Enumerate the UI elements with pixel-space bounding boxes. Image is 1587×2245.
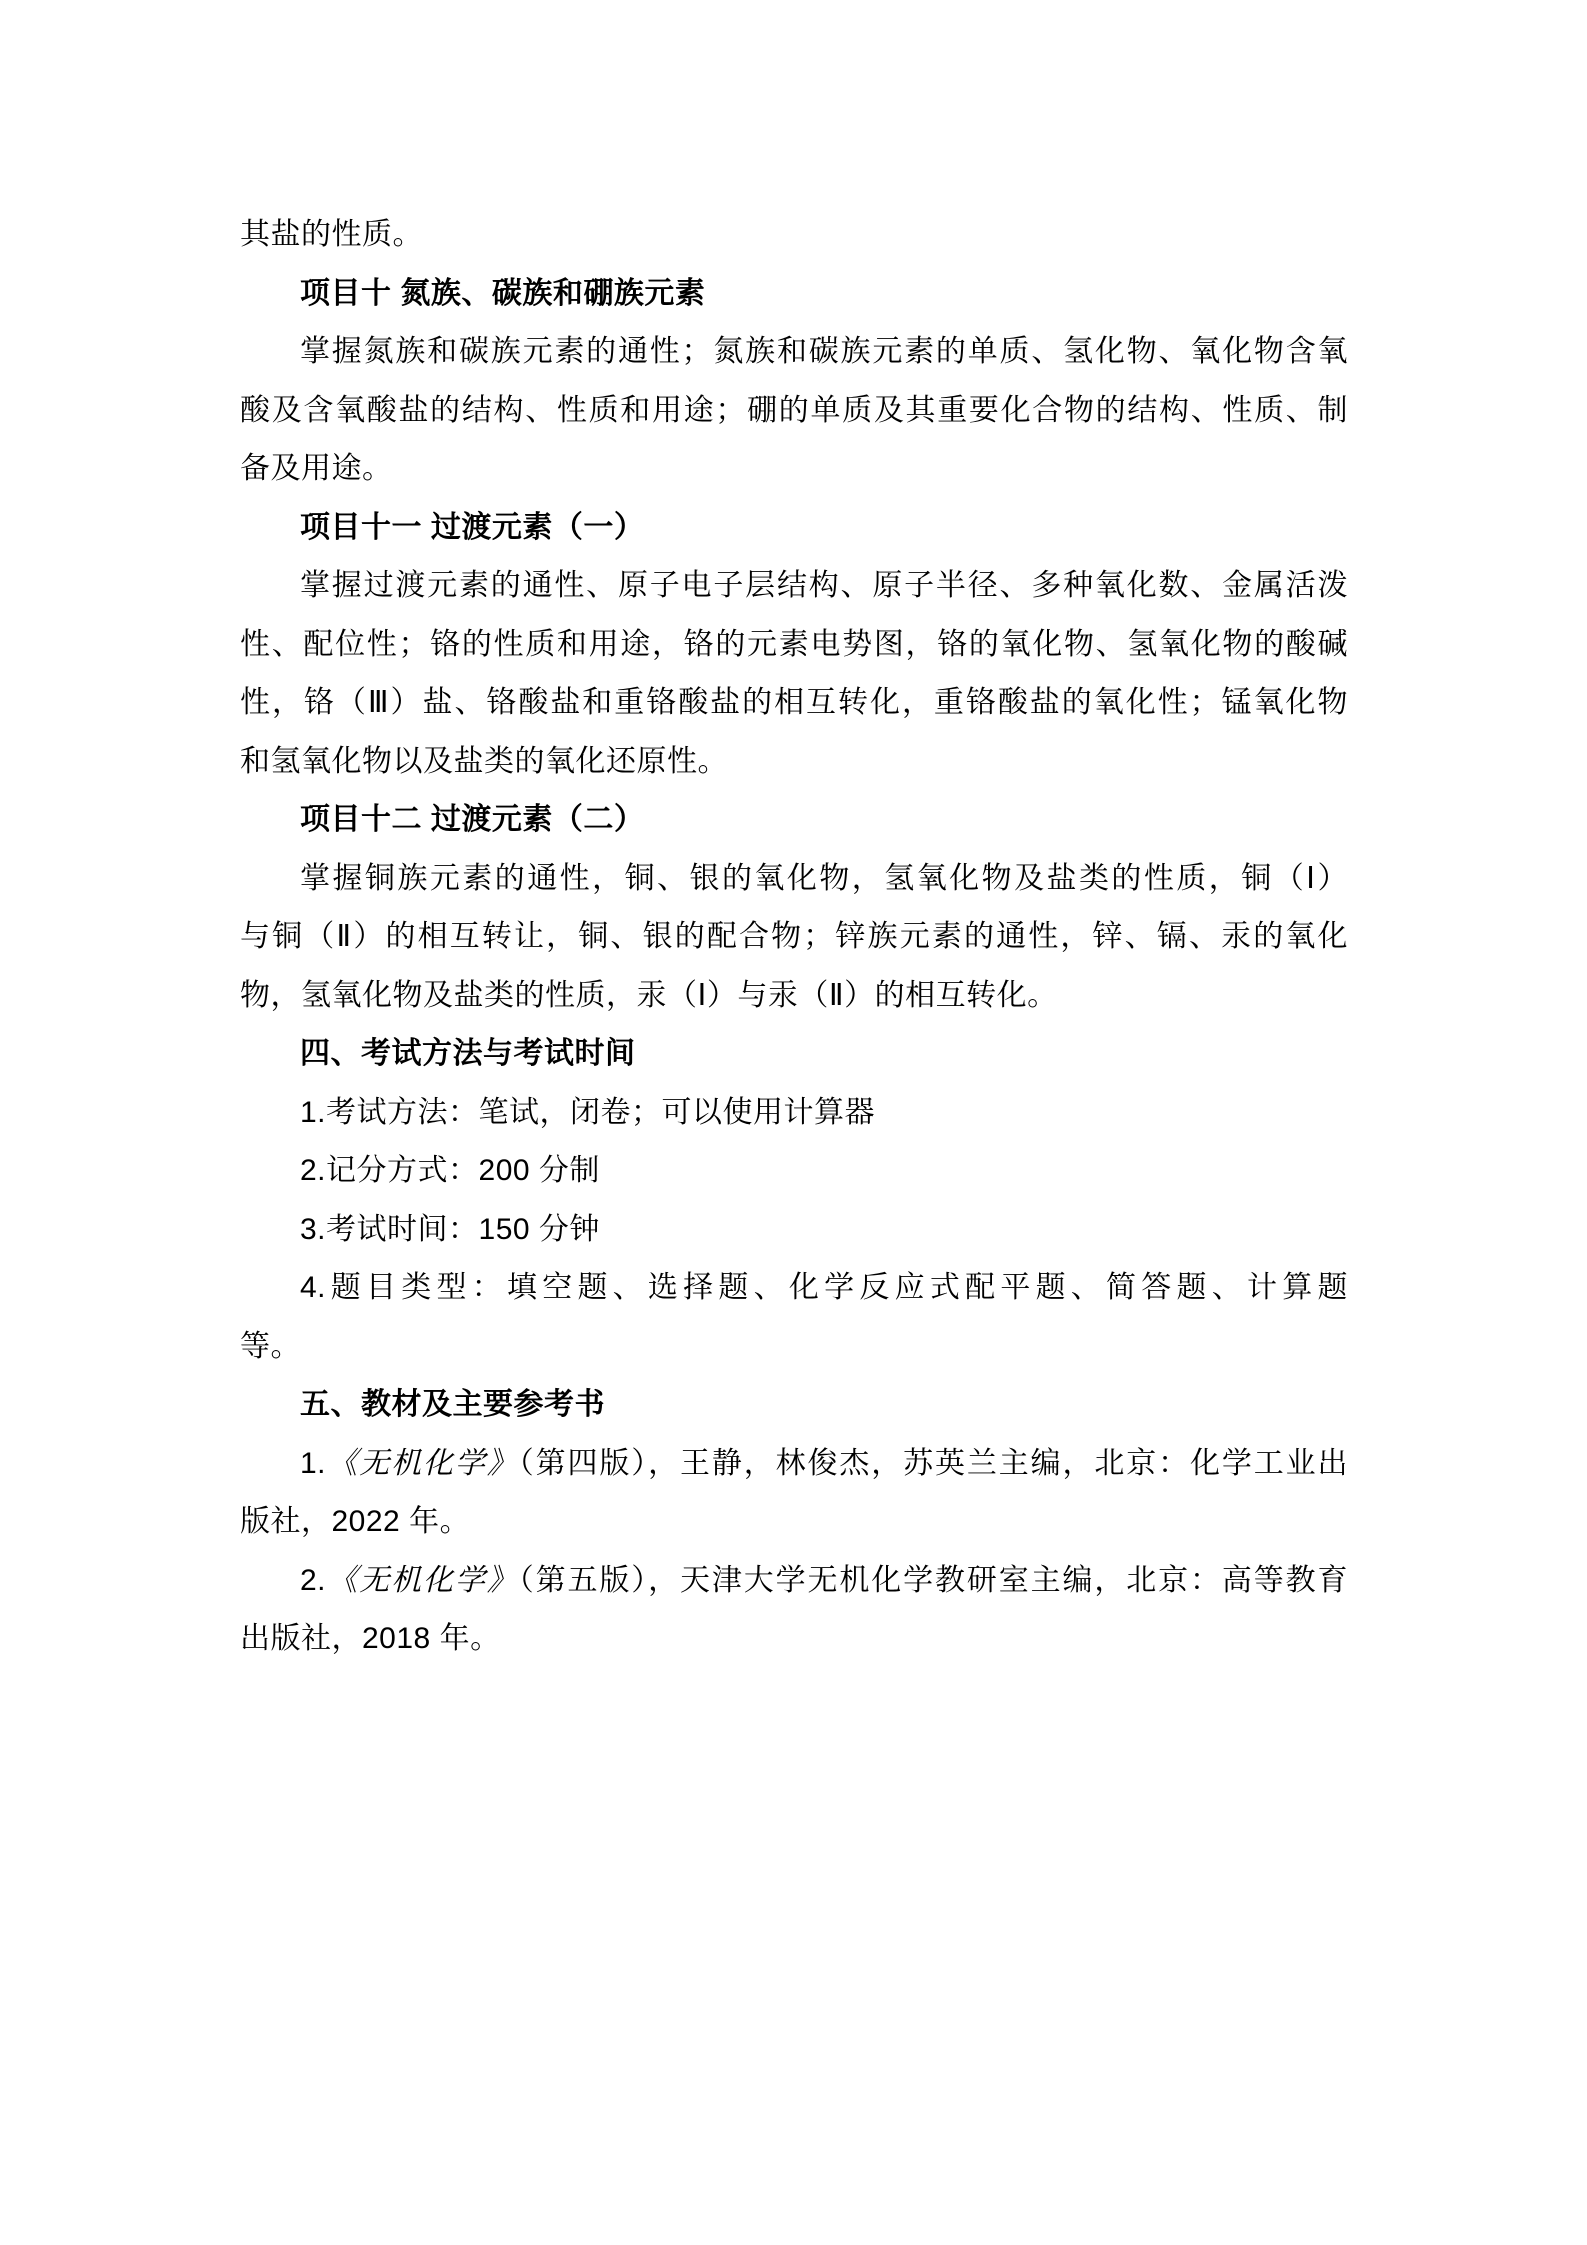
text-segment: 其盐的性质。 [240,218,423,251]
text-line: 性、配位性；铬的性质和用途，铬的元素电势图，铬的氧化物、氢氧化物的酸碱 [240,616,1348,675]
text-segment: 备及用途。 [240,452,393,485]
text-line: 和氢氧化物以及盐类的氧化还原性。 [240,733,1348,792]
text-segment: 与铜（Ⅱ）的相互转让，铜、银的配合物；锌族元素的通性，锌、镉、汞的氧化 [240,920,1348,953]
text-segment: （第四版），王静，林俊杰，苏英兰主编，北京：化学工业出 [519,1447,1348,1480]
section-heading: 五、教材及主要参考书 [240,1376,1348,1435]
text-segment: 酸及含氧酸盐的结构、性质和用途；硼的单质及其重要化合物的结构、性质、制 [240,394,1348,427]
text-line: 1.《无机化学》（第四版），王静，林俊杰，苏英兰主编，北京：化学工业出 [240,1435,1348,1494]
text-segment: 性、配位性；铬的性质和用途，铬的元素电势图，铬的氧化物、氢氧化物的酸碱 [240,628,1348,661]
text-line: 掌握氮族和碳族元素的通性；氮族和碳族元素的单质、氢化物、氧化物含氧 [240,323,1348,382]
text-line: 性，铬（Ⅲ）盐、铬酸盐和重铬酸盐的相互转化，重铬酸盐的氧化性；锰氧化物 [240,674,1348,733]
text-line: 出版社，2018 年。 [240,1610,1348,1669]
section-heading: 四、考试方法与考试时间 [240,1025,1348,1084]
text-segment: 项目十二 过渡元素（二） [300,803,644,836]
text-segment: 2. [300,1564,326,1597]
text-line: 等。 [240,1318,1348,1377]
section-heading: 项目十 氮族、碳族和硼族元素 [240,265,1348,324]
text-segment: 四、考试方法与考试时间 [300,1037,636,1070]
text-segment: 项目十一 过渡元素（一） [300,511,644,544]
text-segment: 1. [300,1447,326,1480]
text-segment: 物，氢氧化物及盐类的性质，汞（Ⅰ）与汞（Ⅱ）的相互转化。 [240,979,1058,1012]
text-segment: 2.记分方式：200 分制 [300,1154,600,1187]
text-segment: 3.考试时间：150 分钟 [300,1213,600,1246]
text-segment: 出版社，2018 年。 [240,1622,501,1655]
text-segment: 版社，2022 年。 [240,1505,470,1538]
text-line: 版社，2022 年。 [240,1493,1348,1552]
text-line: 物，氢氧化物及盐类的性质，汞（Ⅰ）与汞（Ⅱ）的相互转化。 [240,967,1348,1026]
text-segment: 性，铬（Ⅲ）盐、铬酸盐和重铬酸盐的相互转化，重铬酸盐的氧化性；锰氧化物 [240,686,1348,719]
text-segment: 掌握过渡元素的通性、原子电子层结构、原子半径、多种氧化数、金属活泼 [300,569,1348,602]
text-line: 2.《无机化学》（第五版），天津大学无机化学教研室主编，北京：高等教育 [240,1552,1348,1611]
text-segment: 掌握氮族和碳族元素的通性；氮族和碳族元素的单质、氢化物、氧化物含氧 [300,335,1348,368]
text-segment: （第五版），天津大学无机化学教研室主编，北京：高等教育 [519,1564,1348,1597]
text-segment: 1.考试方法：笔试，闭卷；可以使用计算器 [300,1096,875,1129]
text-segment: 和氢氧化物以及盐类的氧化还原性。 [240,745,728,778]
text-line: 备及用途。 [240,440,1348,499]
text-line: 酸及含氧酸盐的结构、性质和用途；硼的单质及其重要化合物的结构、性质、制 [240,382,1348,441]
text-line: 与铜（Ⅱ）的相互转让，铜、银的配合物；锌族元素的通性，锌、镉、汞的氧化 [240,908,1348,967]
text-line: 2.记分方式：200 分制 [240,1142,1348,1201]
text-segment: 4.题目类型：填空题、选择题、化学反应式配平题、简答题、计算题 [300,1271,1348,1304]
text-line: 掌握过渡元素的通性、原子电子层结构、原子半径、多种氧化数、金属活泼 [240,557,1348,616]
text-line: 1.考试方法：笔试，闭卷；可以使用计算器 [240,1084,1348,1143]
text-line: 4.题目类型：填空题、选择题、化学反应式配平题、简答题、计算题 [240,1259,1348,1318]
text-segment: 项目十 氮族、碳族和硼族元素 [300,277,705,310]
text-segment: 五、教材及主要参考书 [300,1388,605,1421]
section-heading: 项目十二 过渡元素（二） [240,791,1348,850]
section-heading: 项目十一 过渡元素（一） [240,499,1348,558]
book-title: 《无机化学》 [326,1564,519,1597]
document-page: 其盐的性质。项目十 氮族、碳族和硼族元素掌握氮族和碳族元素的通性；氮族和碳族元素… [0,0,1587,2245]
text-segment: 掌握铜族元素的通性，铜、银的氧化物，氢氧化物及盐类的性质，铜（Ⅰ） [300,862,1348,895]
text-segment: 等。 [240,1330,301,1363]
text-line: 其盐的性质。 [240,206,1348,265]
text-line: 3.考试时间：150 分钟 [240,1201,1348,1260]
document-content: 其盐的性质。项目十 氮族、碳族和硼族元素掌握氮族和碳族元素的通性；氮族和碳族元素… [240,206,1348,1669]
book-title: 《无机化学》 [326,1447,519,1480]
text-line: 掌握铜族元素的通性，铜、银的氧化物，氢氧化物及盐类的性质，铜（Ⅰ） [240,850,1348,909]
